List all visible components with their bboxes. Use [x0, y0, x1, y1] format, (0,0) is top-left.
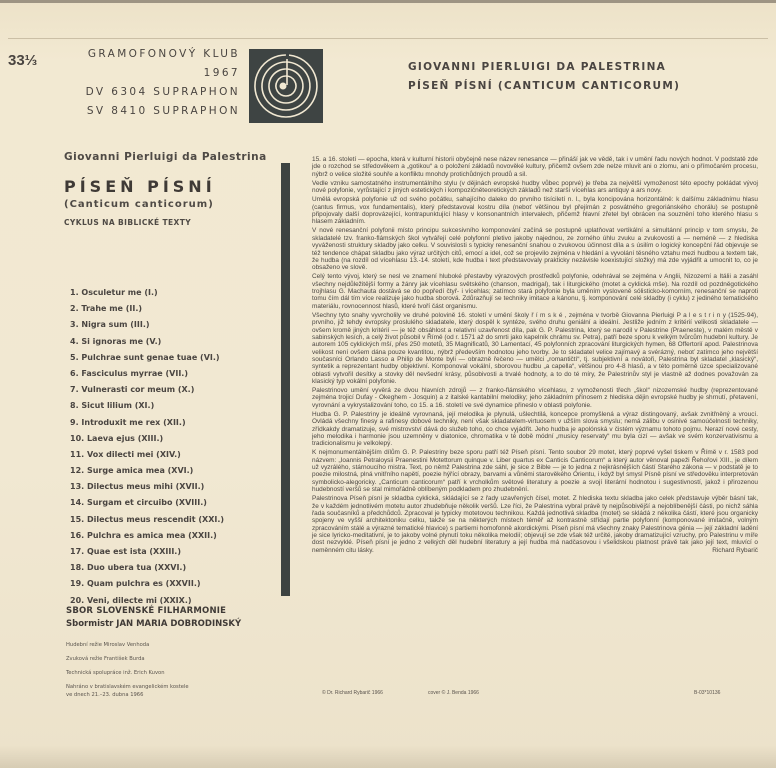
speed-label: 33⅓	[8, 52, 37, 69]
liner-paragraph: Palestrinova Píseň písní je skladba cykl…	[312, 495, 758, 554]
performer-credits: SBOR SLOVENSKÉ FILHARMONIE Sbormistr JAN…	[66, 605, 281, 705]
track-item: 19. Quam pulchra es (XXVII.)	[70, 576, 224, 592]
track-item: 12. Surge amica mea (XVI.)	[70, 463, 224, 479]
track-item: 11. Vox dilecti mei (XIV.)	[70, 447, 224, 463]
track-item: 17. Quae est ista (XXIII.)	[70, 544, 224, 560]
header-titles: GIOVANNI PIERLUIGI DA PALESTRINA PÍSEŇ P…	[408, 58, 680, 96]
liner-paragraph: K nejmonumentálnějším dílům G. P. Palest…	[312, 449, 758, 493]
liner-paragraph: Palestrinovo umění vyvěrá ze dvou hlavní…	[312, 387, 758, 409]
left-column-header: Giovanni Pierluigi da Palestrina PÍSEŇ P…	[64, 151, 274, 227]
liner-notes: 15. a 16. století — epocha, která v kult…	[312, 156, 758, 554]
track-item: 10. Laeva ejus (XIII.)	[70, 431, 224, 447]
record-sleeve-back: 33⅓ GRAMOFONOVÝ KLUB 1967 DV 6304 SUPRAP…	[0, 0, 776, 768]
track-item: 9. Introduxit me rex (XII.)	[70, 415, 224, 431]
top-divider	[8, 38, 768, 39]
copyright-text: © Dr. Richard Rybarič 1966	[322, 690, 383, 696]
track-item: 1. Osculetur me (I.)	[70, 285, 224, 301]
track-item: 6. Fasciculus myrrae (VII.)	[70, 366, 224, 382]
header-work-title: PÍSEŇ PÍSNÍ (CANTICUM CANTICORUM)	[408, 77, 680, 96]
credit-line: Zvuková režie František Burda	[66, 655, 281, 663]
track-item: 5. Pulchrae sunt genae tuae (VI.)	[70, 350, 224, 366]
choirmaster: Sbormistr JAN MARIA DOBRODINSKÝ	[66, 618, 281, 631]
credit-line: Hudební režie Miroslav Venhoda	[66, 641, 281, 649]
label-line: SV 8410 SUPRAPHON	[58, 102, 240, 121]
work-title: PÍSEŇ PÍSNÍ	[64, 177, 274, 196]
vertical-stripe-divider	[281, 163, 290, 596]
liner-paragraph: Vedle vzniku samostatného instrumentální…	[312, 180, 758, 195]
track-item: 3. Nigra sum (III.)	[70, 317, 224, 333]
track-item: 15. Dilectus meus rescendit (XXI.)	[70, 512, 224, 528]
cover-credit: cover © J. Benda 1966	[428, 690, 479, 696]
label-line: GRAMOFONOVÝ KLUB 1967	[58, 45, 240, 83]
liner-paragraph: Hudba G. P. Palestriny je ideálně vyrovn…	[312, 411, 758, 448]
sleeve-top-edge	[0, 0, 776, 3]
liner-paragraph: Všechny tyto snahy vyvrcholily ve druhé …	[312, 312, 758, 385]
track-item: 7. Vulnerasti cor meum (X.)	[70, 382, 224, 398]
track-item: 14. Surgam et circuibo (XVIII.)	[70, 495, 224, 511]
bottom-scan-shadow	[0, 745, 776, 768]
track-item: 13. Dilectus meus mihi (XVII.)	[70, 479, 224, 495]
recording-note: Nahráno v bratislavském evangelickém kos…	[66, 683, 281, 699]
credit-line: Technická spolupráce inž. Erich Kuvon	[66, 669, 281, 677]
track-list: 1. Osculetur me (I.)2. Trahe me (II.)3. …	[70, 285, 224, 609]
author-signature: Richard Rybarič	[312, 547, 758, 554]
composer-name: Giovanni Pierluigi da Palestrina	[64, 151, 274, 163]
header-composer: GIOVANNI PIERLUIGI DA PALESTRINA	[408, 58, 680, 77]
label-catalog-block: GRAMOFONOVÝ KLUB 1967 DV 6304 SUPRAPHON …	[58, 45, 240, 121]
track-item: 4. Si ignoras me (V.)	[70, 334, 224, 350]
liner-paragraph: 15. a 16. století — epocha, která v kult…	[312, 156, 758, 178]
liner-paragraph: Umělá evropská polyfonie už od svého poč…	[312, 196, 758, 225]
track-item: 16. Pulchra es amica mea (XXII.)	[70, 528, 224, 544]
choir-name: SBOR SLOVENSKÉ FILHARMONIE	[66, 605, 281, 618]
track-item: 8. Sicut lilium (XI.)	[70, 398, 224, 414]
liner-paragraph: Celý tento vývoj, který se nesl ve zname…	[312, 273, 758, 310]
cycle-description: CYKLUS NA BIBLICKÉ TEXTY	[64, 218, 274, 227]
track-item: 18. Duo ubera tua (XXVI.)	[70, 560, 224, 576]
catalog-code: B-03*10136	[694, 690, 720, 696]
spiral-note-logo-icon	[249, 49, 323, 123]
track-item: 2. Trahe me (II.)	[70, 301, 224, 317]
work-subtitle: (Canticum canticorum)	[64, 199, 274, 210]
liner-paragraph: V nové renesanční polyfonii místo princi…	[312, 227, 758, 271]
label-line: DV 6304 SUPRAPHON	[58, 83, 240, 102]
